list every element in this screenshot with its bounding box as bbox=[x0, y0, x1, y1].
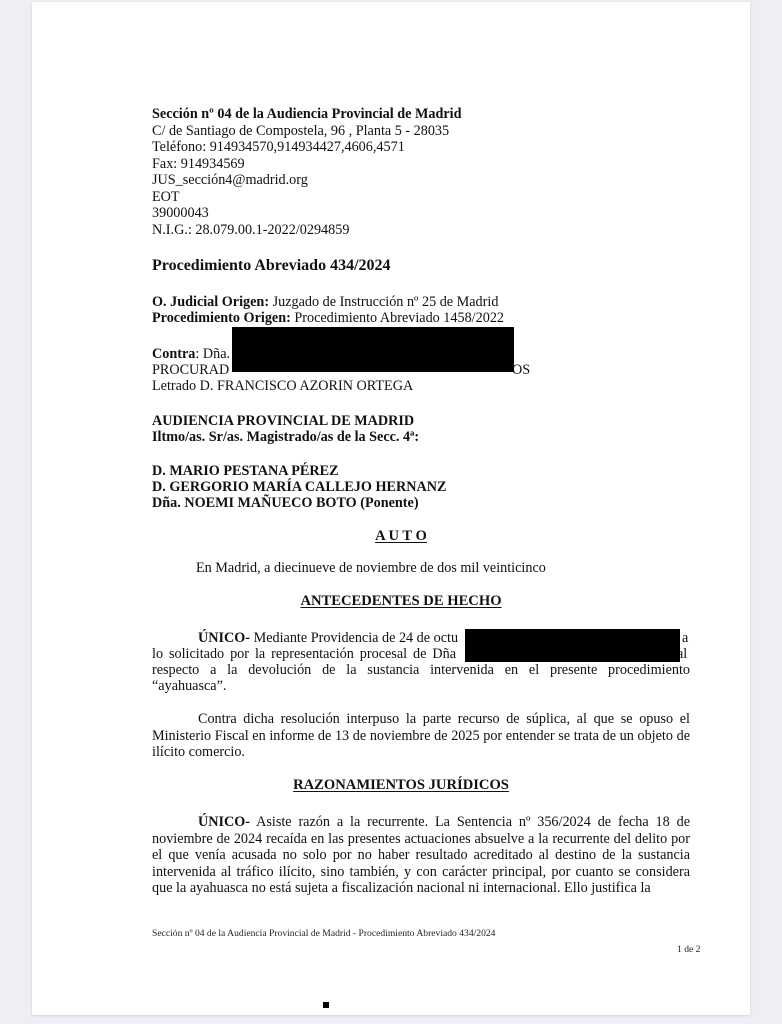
redaction-block bbox=[232, 327, 514, 372]
antecedentes-p2-text: Contra dicha resolución interpuso la par… bbox=[152, 711, 690, 760]
razonamientos-p1: ÚNICO- Asiste razón a la recurrente. La … bbox=[152, 814, 690, 897]
antecedentes-p1-line2: lo solicitado por la representación proc… bbox=[152, 646, 456, 663]
letrado: Letrado D. FRANCISCO AZORIN ORTEGA bbox=[152, 378, 413, 395]
razonamientos-heading: RAZONAMIENTOS JURÍDICOS bbox=[32, 777, 750, 794]
antecedentes-p1-lead: ÚNICO- bbox=[198, 630, 250, 646]
antecedentes-p1-line4: “ayahuasca”. bbox=[152, 678, 226, 695]
fax: Fax: 914934569 bbox=[152, 156, 245, 173]
magistrate-1: D. MARIO PESTANA PÉREZ bbox=[152, 463, 339, 480]
procurador-suffix: OS bbox=[512, 362, 530, 379]
procurador-prefix: PROCURAD bbox=[152, 362, 229, 378]
court-name: AUDIENCIA PROVINCIAL DE MADRID bbox=[152, 413, 414, 430]
code-eot: EOT bbox=[152, 189, 180, 206]
document-page: Sección nº 04 de la Audiencia Provincial… bbox=[32, 2, 750, 1015]
antecedentes-p1-line3: respecto a la devolución de la sustancia… bbox=[152, 662, 690, 679]
antecedentes-p1-line1-end: a bbox=[682, 630, 688, 647]
footer-text: Sección nº 04 de la Audiencia Provincial… bbox=[152, 928, 495, 939]
magistrates-heading: Iltmo/as. Sr/as. Magistrado/as de la Sec… bbox=[152, 429, 419, 446]
code-number: 39000043 bbox=[152, 205, 209, 222]
procedure-origin-value: Procedimiento Abreviado 1458/2022 bbox=[294, 310, 504, 326]
magistrate-2: D. GERGORIO MARÍA CALLEJO HERNANZ bbox=[152, 479, 446, 496]
page-number: 1 de 2 bbox=[677, 944, 700, 955]
magistrate-3: Dña. NOEMI MAÑUECO BOTO (Ponente) bbox=[152, 495, 419, 512]
phone: Teléfono: 914934570,914934427,4606,4571 bbox=[152, 139, 405, 156]
razonamientos-p1-lead: ÚNICO- bbox=[198, 814, 250, 830]
email: JUS_sección4@madrid.org bbox=[152, 172, 308, 189]
procedure-origin-label: Procedimiento Origen: bbox=[152, 310, 291, 326]
address: C/ de Santiago de Compostela, 96 , Plant… bbox=[152, 123, 449, 140]
section-title: Sección nº 04 de la Audiencia Provincial… bbox=[152, 106, 461, 123]
procedure-origin: Procedimiento Origen: Procedimiento Abre… bbox=[152, 310, 504, 327]
contra-label: Contra bbox=[152, 346, 195, 362]
antecedentes-p1-text1: Mediante Providencia de 24 de octu bbox=[250, 630, 458, 646]
contra-value: : Dña. bbox=[195, 346, 230, 362]
judicial-origin-label: O. Judicial Origen: bbox=[152, 294, 269, 310]
procedure-title: Procedimiento Abreviado 434/2024 bbox=[152, 257, 391, 275]
page-marker bbox=[323, 1002, 329, 1008]
redaction-block bbox=[465, 629, 680, 662]
judicial-origin: O. Judicial Origen: Juzgado de Instrucci… bbox=[152, 294, 498, 311]
procurador-line: PROCURAD bbox=[152, 362, 229, 379]
contra-line: Contra: Dña. bbox=[152, 346, 230, 363]
nig: N.I.G.: 28.079.00.1-2022/0294859 bbox=[152, 222, 349, 239]
date-line: En Madrid, a diecinueve de noviembre de … bbox=[196, 560, 546, 577]
antecedentes-p2: Contra dicha resolución interpuso la par… bbox=[152, 711, 690, 761]
judicial-origin-value: Juzgado de Instrucción nº 25 de Madrid bbox=[273, 294, 499, 310]
antecedentes-p1-line1: ÚNICO- Mediante Providencia de 24 de oct… bbox=[198, 630, 458, 647]
antecedentes-heading: ANTECEDENTES DE HECHO bbox=[32, 593, 750, 610]
auto-heading: A U T O bbox=[32, 528, 750, 545]
